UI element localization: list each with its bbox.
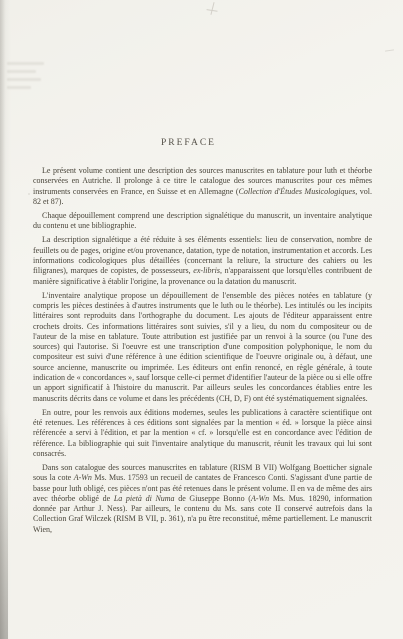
preface-paragraph: En outre, pour les renvois aux éditions … xyxy=(33,408,372,459)
bleedthrough-text xyxy=(7,62,53,94)
preface-paragraph: Chaque dépouillement comprend une descri… xyxy=(33,211,372,232)
preface-paragraph: La description signalétique a été réduit… xyxy=(33,235,372,286)
scan-speck xyxy=(385,49,394,51)
page-edge-shadow xyxy=(0,0,11,639)
preface-paragraph: Dans son catalogue des sources manuscrit… xyxy=(33,463,372,535)
scanned-page: PREFACE Le présent volume contient une d… xyxy=(0,0,403,639)
preface-body: Le présent volume contient une descripti… xyxy=(33,166,372,539)
scan-speck xyxy=(210,2,214,15)
page-title: PREFACE xyxy=(0,138,390,148)
preface-paragraph: L'inventaire analytique propose un dépou… xyxy=(33,291,372,404)
preface-paragraph: Le présent volume contient une descripti… xyxy=(33,166,372,207)
scan-speck xyxy=(28,193,30,195)
